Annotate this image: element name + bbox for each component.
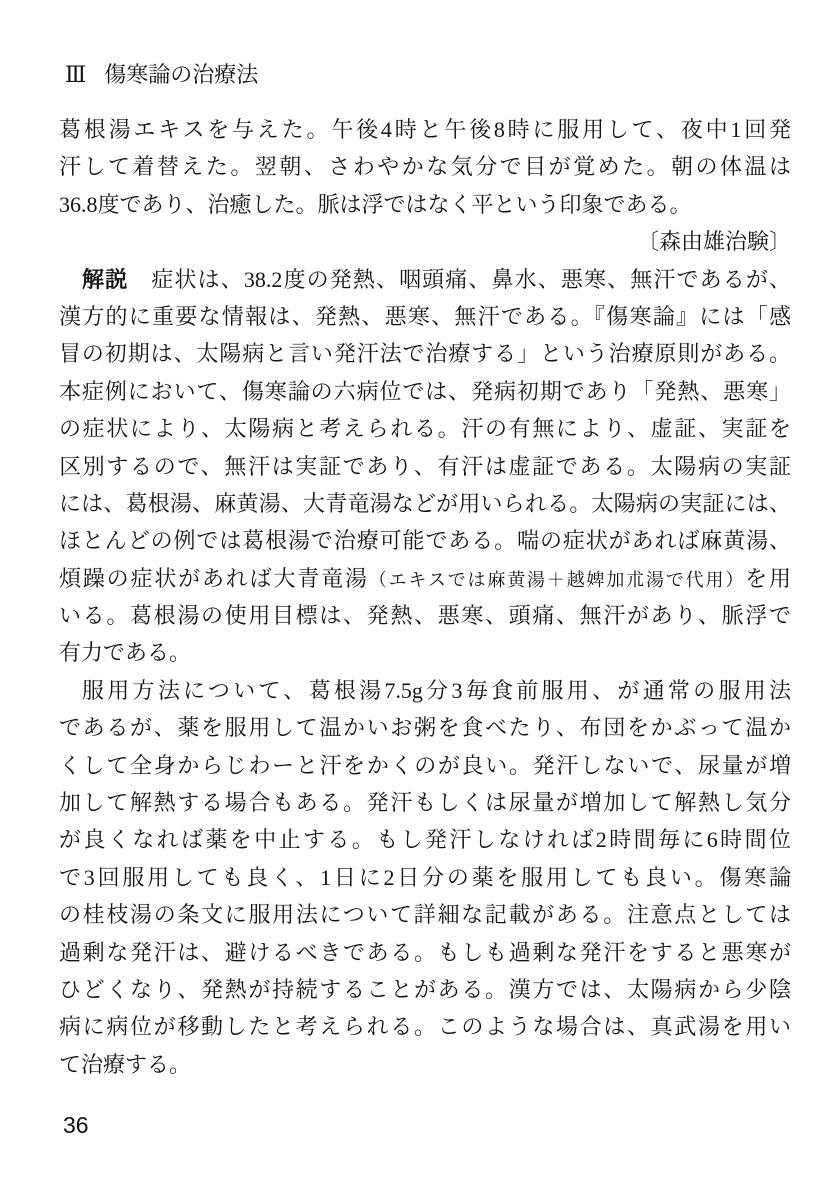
text-segment: 加して解熱する場合もある。発汗もしくは尿量が増加して解熱し気分 bbox=[59, 790, 791, 815]
text-line: 36.8度であり、治癒した。脈は浮ではなく平という印象である。 bbox=[59, 186, 791, 223]
text-line: の桂枝湯の条文に服用法について詳細な記載がある。注意点としては bbox=[59, 896, 791, 933]
text-segment: 病に病位が移動したと考えられる。このような場合は、真武湯を用い bbox=[59, 1014, 791, 1039]
text-line: には、葛根湯、麻黄湯、大青竜湯などが用いられる。太陽病の実証には、 bbox=[59, 485, 791, 522]
text-line: 有力である。 bbox=[59, 634, 791, 671]
text-line: 区別するので、無汗は実証であり、有汗は虚証である。太陽病の実証 bbox=[59, 448, 791, 485]
text-segment: が良くなれば薬を中止する。もし発汗しなければ2時間毎に6時間位 bbox=[59, 827, 791, 852]
text-segment: の症状により、太陽病と考えられる。汗の有無により、虚証、実証を bbox=[59, 416, 791, 441]
text-segment: で3回服用しても良く、1日に2日分の薬を服用しても良い。傷寒論 bbox=[59, 865, 791, 890]
text-line: 冒の初期は、太陽病と言い発汗法で治療する」という治療原則がある。 bbox=[59, 335, 791, 372]
text-line: 煩躁の症状があれば大青竜湯（エキスでは麻黄湯＋越婢加朮湯で代用）を用 bbox=[59, 560, 791, 597]
text-segment: 症状は、38.2度の発熱、咽頭痛、鼻水、悪寒、無汗であるが、 bbox=[128, 267, 791, 292]
text-line: ひどくなり、発熱が持続することがある。漢方では、太陽病から少陰 bbox=[59, 971, 791, 1008]
text-segment: ひどくなり、発熱が持続することがある。漢方では、太陽病から少陰 bbox=[59, 977, 791, 1002]
text-segment: いる。葛根湯の使用目標は、発熱、悪寒、頭痛、無汗があり、脈浮で bbox=[59, 603, 791, 628]
text-line: くして全身からじわーと汗をかくのが良い。発汗しないで、尿量が増 bbox=[59, 747, 791, 784]
text-segment: 汗して着替えた。翌朝、さわやかな気分で目が覚めた。朝の体温は bbox=[59, 154, 791, 179]
text-segment: の桂枝湯の条文に服用法について詳細な記載がある。注意点としては bbox=[59, 902, 791, 927]
text-segment: には、葛根湯、麻黄湯、大青竜湯などが用いられる。太陽病の実証には、 bbox=[59, 491, 791, 516]
text-segment: 〔森由雄治験〕 bbox=[637, 229, 791, 254]
text-line: 汗して着替えた。翌朝、さわやかな気分で目が覚めた。朝の体温は bbox=[59, 148, 791, 185]
text-line: 葛根湯エキスを与えた。午後4時と午後8時に服用して、夜中1回発 bbox=[59, 111, 791, 148]
text-segment: 冒の初期は、太陽病と言い発汗法で治療する」という治療原則がある。 bbox=[59, 341, 791, 366]
text-line: 服用方法について、葛根湯7.5g分3毎食前服用、が通常の服用法 bbox=[59, 672, 791, 709]
text-segment: 葛根湯エキスを与えた。午後4時と午後8時に服用して、夜中1回発 bbox=[59, 117, 791, 142]
text-segment: くして全身からじわーと汗をかくのが良い。発汗しないで、尿量が増 bbox=[59, 753, 791, 778]
chapter-header: Ⅲ傷寒論の治療法 bbox=[65, 62, 258, 88]
text-line: 解説 症状は、38.2度の発熱、咽頭痛、鼻水、悪寒、無汗であるが、 bbox=[59, 261, 791, 298]
text-line: ほとんどの例では葛根湯で治療可能である。喘の症状があれば麻黄湯、 bbox=[59, 522, 791, 559]
text-line: で3回服用しても良く、1日に2日分の薬を服用しても良い。傷寒論 bbox=[59, 859, 791, 896]
text-segment: 解説 bbox=[82, 267, 128, 292]
text-segment: 本症例において、傷寒論の六病位では、発病初期であり「発熱、悪寒」 bbox=[59, 379, 791, 404]
text-segment: （エキスでは麻黄湯＋越婢加朮湯で代用） bbox=[369, 570, 745, 590]
text-line: 〔森由雄治験〕 bbox=[59, 223, 791, 260]
text-segment: であるが、薬を服用して温かいお粥を食べたり、布団をかぶって温か bbox=[59, 715, 791, 740]
text-segment: を用 bbox=[745, 566, 791, 591]
text-line: て治療する。 bbox=[59, 1046, 791, 1083]
text-line: 本症例において、傷寒論の六病位では、発病初期であり「発熱、悪寒」 bbox=[59, 373, 791, 410]
text-segment: 有力である。 bbox=[59, 640, 191, 665]
text-segment: 服用方法について、葛根湯7.5g分3毎食前服用、が通常の服用法 bbox=[82, 678, 791, 703]
book-page: Ⅲ傷寒論の治療法 葛根湯エキスを与えた。午後4時と午後8時に服用して、夜中1回発… bbox=[0, 0, 830, 1200]
text-segment: 36.8度であり、治癒した。脈は浮ではなく平という印象である。 bbox=[59, 192, 692, 217]
text-line: が良くなれば薬を中止する。もし発汗しなければ2時間毎に6時間位 bbox=[59, 821, 791, 858]
text-line: の症状により、太陽病と考えられる。汗の有無により、虚証、実証を bbox=[59, 410, 791, 447]
page-number: 36 bbox=[63, 1112, 89, 1139]
text-line: であるが、薬を服用して温かいお粥を食べたり、布団をかぶって温か bbox=[59, 709, 791, 746]
chapter-numeral: Ⅲ bbox=[65, 62, 86, 87]
text-segment: 過剰な発汗は、避けるべきである。もしも過剰な発汗をすると悪寒が bbox=[59, 940, 791, 965]
text-line: いる。葛根湯の使用目標は、発熱、悪寒、頭痛、無汗があり、脈浮で bbox=[59, 597, 791, 634]
text-segment: 区別するので、無汗は実証であり、有汗は虚証である。太陽病の実証 bbox=[59, 454, 791, 479]
body-text: 葛根湯エキスを与えた。午後4時と午後8時に服用して、夜中1回発汗して着替えた。翌… bbox=[59, 111, 791, 1083]
text-segment: 漢方的に重要な情報は、発熱、悪寒、無汗である。『傷寒論』には「感 bbox=[59, 304, 791, 329]
text-segment: ほとんどの例では葛根湯で治療可能である。喘の症状があれば麻黄湯、 bbox=[59, 528, 791, 553]
text-line: 漢方的に重要な情報は、発熱、悪寒、無汗である。『傷寒論』には「感 bbox=[59, 298, 791, 335]
text-segment: て治療する。 bbox=[59, 1052, 191, 1077]
text-line: 過剰な発汗は、避けるべきである。もしも過剰な発汗をすると悪寒が bbox=[59, 934, 791, 971]
chapter-title: 傷寒論の治療法 bbox=[104, 62, 258, 87]
text-segment: 煩躁の症状があれば大青竜湯 bbox=[59, 566, 369, 591]
text-line: 病に病位が移動したと考えられる。このような場合は、真武湯を用い bbox=[59, 1008, 791, 1045]
text-line: 加して解熱する場合もある。発汗もしくは尿量が増加して解熱し気分 bbox=[59, 784, 791, 821]
